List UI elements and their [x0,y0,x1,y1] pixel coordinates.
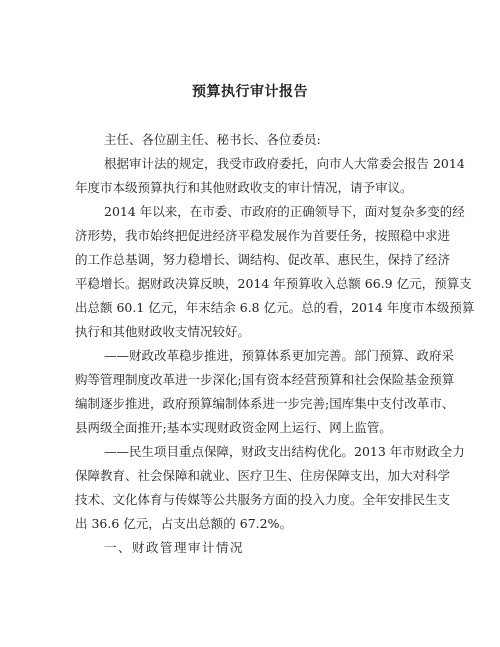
document-body: 主任、各位副主任、秘书长、各位委员: 根据审计法的规定，我受市政府委托，向市人大… [75,128,427,560]
paragraph-overview-line: 出总额 60.1 亿元，年末结余 6.8 亿元。总的看，2014 年度市本级预算 [75,296,427,320]
paragraph-fiscal-reform-line: 编制逐步推进，政府预算编制体系进一步完善;国库集中支付改革市、 [75,392,427,416]
paragraph-fiscal-reform-line: 县两级全面推开;基本实现财政资金网上运行、网上监管。 [75,416,427,440]
paragraph-overview-line: 济形势，我市始终把促进经济平稳发展作为首要任务，按照稳中求进 [75,224,427,248]
paragraph-overview-line: 的工作总基调，努力稳增长、调结构、促改革、惠民生，保持了经济 [75,248,427,272]
paragraph-intro-line: 根据审计法的规定，我受市政府委托，向市人大常委会报告 2014 [75,152,427,176]
paragraph-overview-line: 平稳增长。据财政决算反映，2014 年预算收入总额 66.9 亿元，预算支 [75,272,427,296]
paragraph-overview-line: 2014 年以来，在市委、市政府的正确领导下，面对复杂多变的经 [75,200,427,224]
salutation: 主任、各位副主任、秘书长、各位委员: [75,128,427,152]
document-title: 预算执行审计报告 [0,81,500,103]
paragraph-fiscal-reform-line: 购等管理制度改革进一步深化;国有资本经营预算和社会保险基金预算 [75,368,427,392]
paragraph-livelihood-line: 出 36.6 亿元，占支出总额的 67.2%。 [75,512,427,536]
section-heading: 一、财政管理审计情况 [75,536,427,560]
paragraph-livelihood-line: 技术、文化体育与传媒等公共服务方面的投入力度。全年安排民生支 [75,488,427,512]
paragraph-livelihood-line: ——民生项目重点保障，财政支出结构优化。2013 年市财政全力 [75,440,427,464]
paragraph-overview-line: 执行和其他财政收支情况较好。 [75,320,427,344]
paragraph-intro-line: 年度市本级预算执行和其他财政收支的审计情况，请予审议。 [75,176,427,200]
paragraph-fiscal-reform-line: ——财政改革稳步推进，预算体系更加完善。部门预算、政府采 [75,344,427,368]
paragraph-livelihood-line: 保障教育、社会保障和就业、医疗卫生、住房保障支出，加大对科学 [75,464,427,488]
